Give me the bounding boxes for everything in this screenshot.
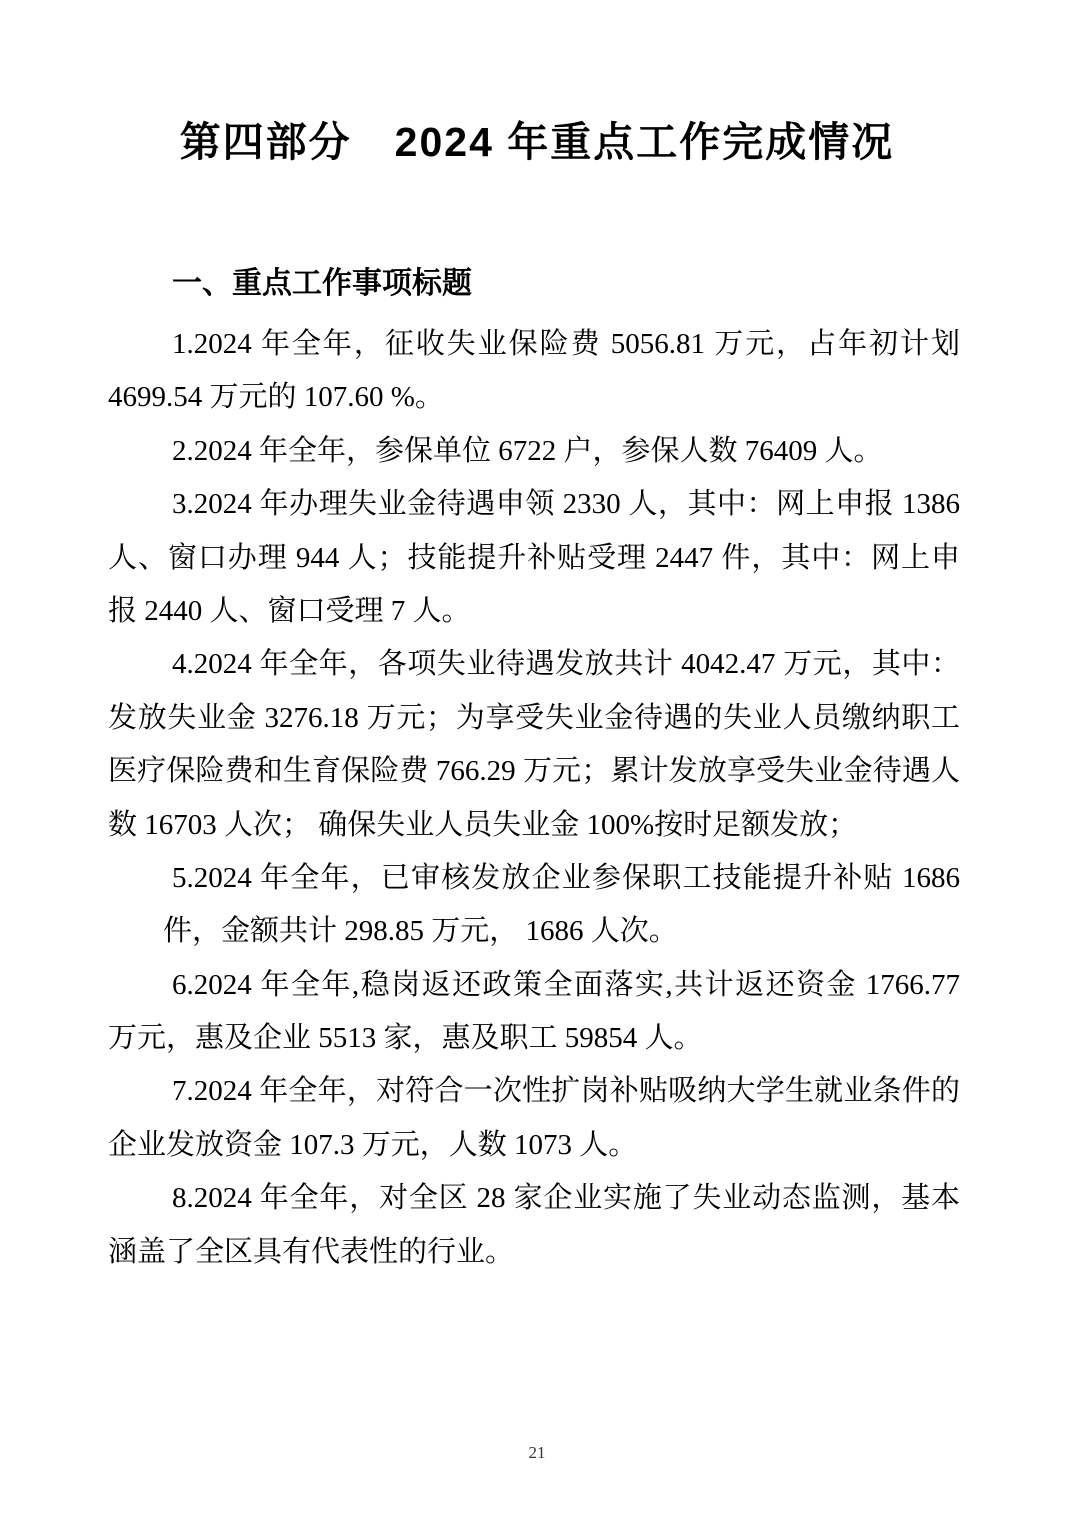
body-line: 件，金额共计 298.85 万元， 1686 人次。 — [108, 905, 960, 958]
body-line: 企业发放资金 107.3 万元，人数 1073 人。 — [108, 1119, 960, 1172]
document-page: 第四部分 2024 年重点工作完成情况 一、重点工作事项标题 1.2024 年全… — [0, 0, 1074, 1520]
body-line: 医疗保险费和生育保险费 766.29 万元；累计发放享受失业金待遇人 — [108, 745, 960, 798]
page-number: 21 — [0, 1442, 1074, 1464]
body-line: 数 16703 人次； 确保失业人员失业金 100%按时足额发放； — [108, 799, 960, 852]
body-line: 涵盖了全区具有代表性的行业。 — [108, 1226, 960, 1279]
section-heading: 一、重点工作事项标题 — [172, 264, 472, 304]
page-title: 第四部分 2024 年重点工作完成情况 — [0, 116, 1074, 168]
body-line: 5.2024 年全年，已审核发放企业参保职工技能提升补贴 1686 — [108, 852, 960, 905]
body-line: 4699.54 万元的 107.60 %。 — [108, 371, 960, 424]
body-line: 7.2024 年全年，对符合一次性扩岗补贴吸纳大学生就业条件的 — [108, 1065, 960, 1118]
body-line: 发放失业金 3276.18 万元；为享受失业金待遇的失业人员缴纳职工 — [108, 692, 960, 745]
body-line: 2.2024 年全年，参保单位 6722 户，参保人数 76409 人。 — [108, 425, 960, 478]
body-line: 3.2024 年办理失业金待遇申领 2330 人，其中：网上申报 1386 — [108, 478, 960, 531]
body-line: 报 2440 人、窗口受理 7 人。 — [108, 585, 960, 638]
body-line: 万元，惠及企业 5513 家，惠及职工 59854 人。 — [108, 1012, 960, 1065]
body-line: 1.2024 年全年，征收失业保险费 5056.81 万元，占年初计划 — [108, 318, 960, 371]
body-text: 1.2024 年全年，征收失业保险费 5056.81 万元，占年初计划 4699… — [108, 318, 960, 1279]
body-line: 4.2024 年全年，各项失业待遇发放共计 4042.47 万元，其中： — [108, 638, 960, 691]
body-line: 8.2024 年全年，对全区 28 家企业实施了失业动态监测，基本 — [108, 1172, 960, 1225]
body-line: 6.2024 年全年,稳岗返还政策全面落实,共计返还资金 1766.77 — [108, 959, 960, 1012]
body-line: 人、窗口办理 944 人；技能提升补贴受理 2447 件，其中：网上申 — [108, 532, 960, 585]
